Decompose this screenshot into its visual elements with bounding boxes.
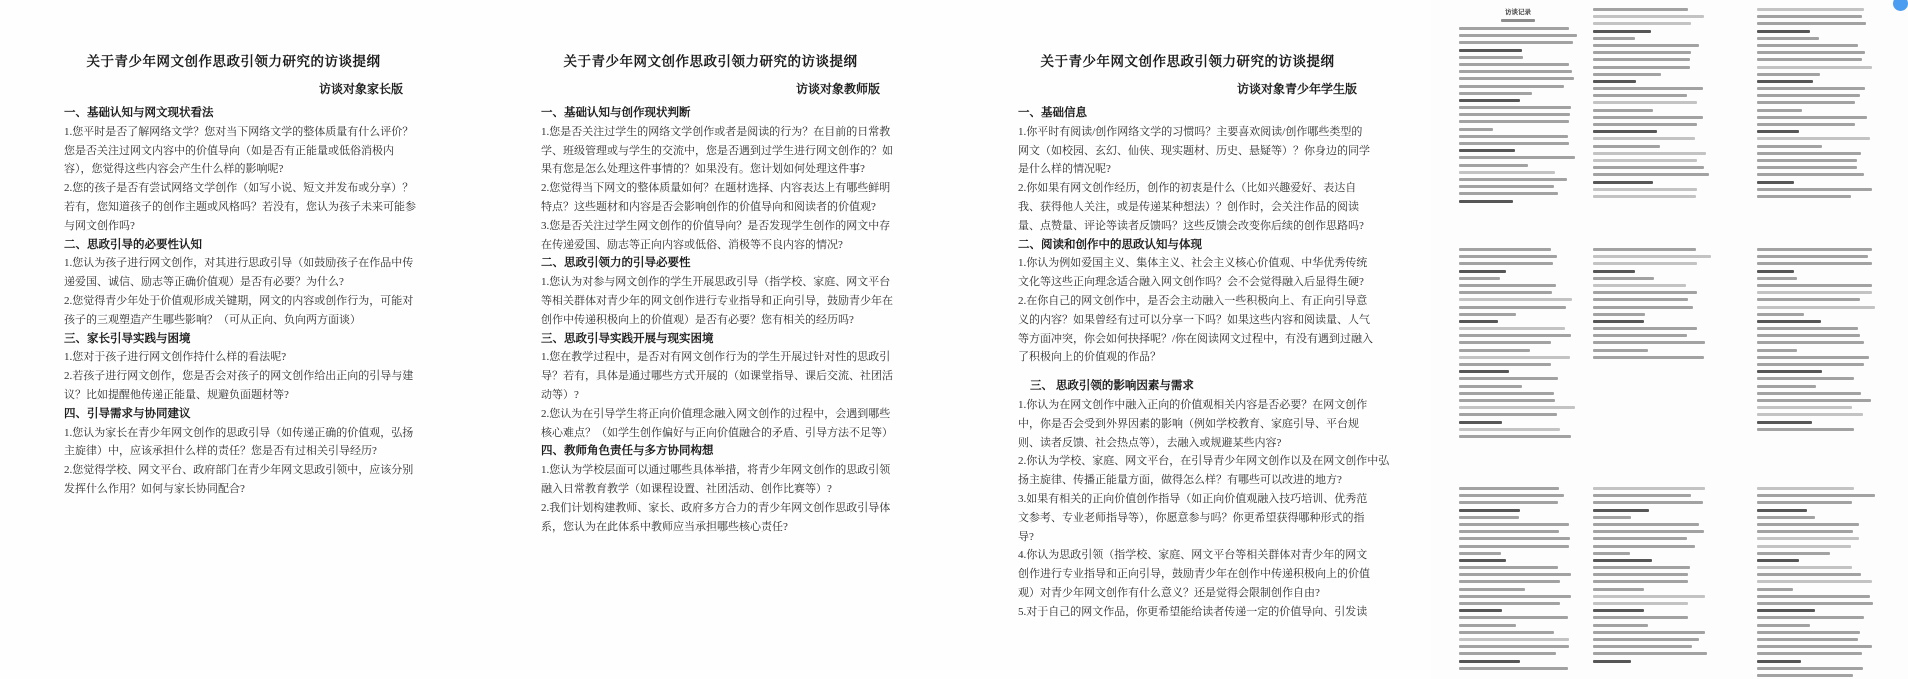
- section-heading: 四、教师角色责任与多方协同构想: [541, 442, 944, 461]
- mini-text-line: [1459, 413, 1557, 416]
- mini-text-line: [1459, 406, 1575, 409]
- mini-text-line: [1757, 109, 1802, 112]
- section-heading: 二、思政引领力的引导必要性: [541, 254, 944, 273]
- question-line: 3.您是否关注过学生网文创作的价值导向？是否发现学生创作的网文中存: [541, 217, 944, 236]
- mini-text-line: [1593, 306, 1693, 309]
- question-line: 1.您对于孩子进行网文创作持什么样的看法呢?: [64, 348, 467, 367]
- mini-text-line: [1757, 588, 1793, 591]
- mini-text-line: [1459, 609, 1502, 612]
- mini-text-line: [1459, 334, 1571, 337]
- mini-page-thumbnail[interactable]: [1593, 248, 1711, 363]
- mini-text-line: [1459, 530, 1559, 533]
- mini-text-line: [1593, 15, 1704, 18]
- mini-text-line: [1593, 341, 1705, 344]
- mini-text-line: [1757, 58, 1862, 61]
- outline-page-teacher[interactable]: 关于青少年网文创作思政引领力研究的访谈提纲 访谈对象教师版 一、基础认知与创作现…: [477, 0, 954, 679]
- question-line: 特点？这些题材和内容是否会影响创作的价值导向和阅读者的价值观?: [541, 198, 944, 217]
- mini-text-line: [1757, 537, 1859, 540]
- question-line: 导？若有，具体是通过哪些方式开展的（如课堂指导、课后交流、社团活: [541, 367, 944, 386]
- mini-text-line: [1593, 588, 1644, 591]
- question-line: 2.我们计划构建教师、家长、政府多方合力的青少年网文创作思政引导体: [541, 499, 944, 518]
- mini-text-line: [1459, 56, 1523, 59]
- question-line: 主旋律）中，应该承担什么样的责任？您是否有过相关引导经历?: [64, 442, 467, 461]
- mini-text-line: [1593, 152, 1706, 155]
- mini-text-line: [1459, 99, 1520, 102]
- mini-text-line: [1459, 27, 1569, 30]
- mini-text-line: [1459, 645, 1569, 648]
- question-line: 您是否关注过网文内容中的价值导向（如是否有正能量或低俗消极内: [64, 142, 467, 161]
- mini-text-line: [1757, 516, 1815, 519]
- question-line: 学、班级管理或与学生的交流中，您是否遇到过学生进行网文创作的？如: [541, 142, 944, 161]
- mini-text-line: [1593, 602, 1688, 605]
- mini-text-line: [1757, 51, 1865, 54]
- question-line: 中，你是否会受到外界因素的影响（例如学校教育、家庭引导、平台规: [1018, 415, 1421, 434]
- mini-text-line: [1757, 377, 1854, 380]
- question-line: 创作中传递积极向上的价值观）是否有必要？您有相关的经历吗?: [541, 311, 944, 330]
- mini-text-line: [1593, 262, 1697, 265]
- mini-page-thumbnail[interactable]: [1459, 248, 1577, 442]
- mini-text-line: [1593, 652, 1707, 655]
- question-line: 2.若孩子进行网文创作，您是否会对孩子的网文创作给出正向的引导与建: [64, 367, 467, 386]
- mini-text-line: [1459, 306, 1566, 309]
- mini-text-line: [1459, 149, 1515, 152]
- mini-text-line: [1757, 152, 1861, 155]
- mini-text-line: [1593, 284, 1686, 287]
- mini-text-line: [1459, 192, 1558, 195]
- mini-text-line: [1593, 487, 1705, 490]
- mini-text-line: [1593, 516, 1631, 519]
- question-line: 是什么样的情况呢?: [1018, 160, 1421, 179]
- question-line: 导?: [1018, 528, 1421, 547]
- mini-text-line: [1757, 392, 1861, 395]
- question-line: 扬主旋律、传播正能量方面，做得怎么样？有哪些可以改进的地方?: [1018, 471, 1421, 490]
- mini-text-line: [1459, 185, 1554, 188]
- page-title: 关于青少年网文创作思政引领力研究的访谈提纲: [541, 50, 880, 70]
- mini-text-line: [1459, 631, 1554, 634]
- mini-text-line: [1459, 392, 1554, 395]
- mini-text-line: [1593, 58, 1690, 61]
- mini-text-line: [1459, 595, 1571, 598]
- mini-text-line: [1757, 248, 1872, 251]
- mini-text-line: [1757, 284, 1872, 287]
- mini-text-line: [1459, 92, 1532, 95]
- mini-text-line: [1593, 580, 1688, 583]
- mini-text-line: [1459, 356, 1570, 359]
- mini-text-line: [1593, 545, 1695, 548]
- mini-text-line: [1593, 327, 1697, 330]
- mini-text-line: [1459, 49, 1522, 52]
- mini-text-line: [1593, 501, 1703, 504]
- mini-text-line: [1593, 566, 1690, 569]
- mini-text-line: [1757, 8, 1864, 11]
- mini-text-line: [1459, 638, 1569, 641]
- mini-text-line: [1459, 341, 1551, 344]
- mini-page-subtitle-line: [1501, 19, 1535, 22]
- mini-text-line: [1593, 334, 1687, 337]
- mini-text-line: [1757, 566, 1852, 569]
- mini-text-line: [1593, 645, 1692, 648]
- mini-text-line: [1757, 334, 1860, 337]
- section-heading: 三、思政引导实践开展与现实困境: [541, 330, 944, 349]
- mini-text-line: [1459, 164, 1528, 167]
- mini-text-line: [1757, 123, 1855, 126]
- mini-text-line: [1757, 195, 1851, 198]
- mini-text-line: [1757, 545, 1851, 548]
- question-line: 发挥什么作用？如何与家长协同配合?: [64, 480, 467, 499]
- mini-text-line: [1459, 106, 1571, 109]
- mini-text-line: [1593, 349, 1648, 352]
- mini-text-line: [1459, 616, 1568, 619]
- mini-text-line: [1459, 85, 1564, 88]
- mini-text-line: [1757, 413, 1863, 416]
- question-line: 动等）?: [541, 386, 944, 405]
- mini-text-line: [1593, 137, 1695, 140]
- question-line: 融入日常教育教学（如课程设置、社团活动、创作比赛等）?: [541, 480, 944, 499]
- mini-text-line: [1757, 559, 1799, 562]
- question-line: 网文（如校园、玄幻、仙侠、现实题材、历史、悬疑等）？你身边的同学: [1018, 142, 1421, 161]
- question-line: 若有，您知道孩子的创作主题或风格吗？若没有，您认为孩子未来可能参: [64, 198, 467, 217]
- mini-text-line: [1459, 63, 1569, 66]
- mini-text-line: [1593, 181, 1653, 184]
- mini-text-line: [1593, 559, 1652, 562]
- mini-text-line: [1757, 159, 1857, 162]
- question-line: 容），您觉得这些内容会产生什么样的影响呢?: [64, 160, 467, 179]
- section-heading: 一、基础认知与创作现状判断: [541, 104, 944, 123]
- mini-text-line: [1757, 487, 1854, 490]
- mini-text-line: [1757, 645, 1872, 648]
- mini-text-line: [1757, 602, 1873, 605]
- question-line: 2.您的孩子是否有尝试网络文学创作（如写小说、短文并发布或分享）？: [64, 179, 467, 198]
- question-line: 2.在你自己的网文创作中，是否会主动融入一些积极向上、有正向引导意: [1018, 292, 1421, 311]
- mini-text-line: [1459, 428, 1560, 431]
- mini-text-line: [1757, 137, 1870, 140]
- mini-text-line: [1459, 77, 1574, 80]
- mini-text-line: [1757, 631, 1860, 634]
- section-heading: 三、 思政引领的影响因素与需求: [1030, 377, 1421, 396]
- mini-text-line: [1757, 341, 1864, 344]
- mini-text-line: [1757, 349, 1797, 352]
- question-line: 1.你平时有阅读/创作网络文学的习惯吗？主要喜欢阅读/创作哪些类型的: [1018, 123, 1421, 142]
- mini-text-line: [1757, 298, 1860, 301]
- mini-text-line: [1593, 255, 1711, 258]
- mini-text-line: [1459, 385, 1522, 388]
- mini-page-title: 访谈记录: [1459, 8, 1577, 17]
- mini-text-line: [1593, 609, 1644, 612]
- mini-text-line: [1593, 313, 1645, 316]
- question-line: 义的内容？如果曾经有过可以分享一下吗？如果这些内容和阅读量、人气: [1018, 311, 1421, 330]
- mini-text-line: [1757, 494, 1875, 497]
- mini-text-line: [1459, 516, 1519, 519]
- mini-text-line: [1757, 609, 1815, 612]
- mini-text-line: [1459, 580, 1560, 583]
- mini-text-line: [1593, 116, 1703, 119]
- mini-text-line: [1593, 22, 1691, 25]
- mini-page-thumbnail[interactable]: [1593, 487, 1711, 667]
- document-viewer: 关于青少年网文创作思政引领力研究的访谈提纲 访谈对象家长版 一、基础认知与网文现…: [0, 0, 1908, 679]
- mini-text-line: [1757, 116, 1867, 119]
- mini-text-line: [1593, 101, 1697, 104]
- section-heading: 三、家长引导实践与困境: [64, 330, 467, 349]
- mini-text-line: [1757, 573, 1861, 576]
- mini-text-line: [1757, 44, 1858, 47]
- mini-text-line: [1593, 270, 1635, 273]
- question-line: 与网文创作吗?: [64, 217, 467, 236]
- mini-text-line: [1459, 291, 1552, 294]
- mini-text-line: [1459, 327, 1565, 330]
- question-line: 1.您认为对参与网文创作的学生开展思政引导（指学校、家庭、网文平台: [541, 273, 944, 292]
- page-body: 一、基础信息1.你平时有阅读/创作网络文学的习惯吗？主要喜欢阅读/创作哪些类型的…: [1018, 104, 1421, 622]
- mini-text-line: [1459, 421, 1502, 424]
- mini-text-line: [1593, 616, 1688, 619]
- question-line: 2.您觉得学校、网文平台、政府部门在青少年网文思政引领中，应该分别: [64, 461, 467, 480]
- mini-page-thumbnail[interactable]: [1757, 8, 1875, 202]
- mini-text-line: [1593, 195, 1696, 198]
- question-line: 在传递爱国、励志等正向内容或低俗、消极等不良内容的情况?: [541, 236, 944, 255]
- section-heading: 四、引导需求与协同建议: [64, 405, 467, 424]
- mini-text-line: [1757, 313, 1804, 316]
- page-subtitle: 访谈对象教师版: [541, 80, 880, 97]
- mini-text-line: [1459, 171, 1555, 174]
- mini-text-line: [1593, 523, 1699, 526]
- mini-text-line: [1757, 306, 1875, 309]
- question-line: 2.您觉得当下网文的整体质量如何？在题材选择、内容表达上有哪些鲜明: [541, 179, 944, 198]
- mini-text-line: [1757, 66, 1872, 69]
- mini-text-line: [1459, 370, 1509, 373]
- mini-text-line: [1459, 41, 1573, 44]
- mini-text-line: [1593, 166, 1704, 169]
- question-line: 等方面冲突，你会如何抉择呢？/你在阅读网文过程中，有没有遇到过融入: [1018, 330, 1421, 349]
- mini-text-line: [1459, 320, 1498, 323]
- mini-text-line: [1459, 120, 1569, 123]
- mini-text-line: [1593, 356, 1704, 359]
- page-subtitle: 访谈对象青少年学生版: [1018, 80, 1357, 97]
- mini-text-line: [1459, 128, 1493, 131]
- mini-text-line: [1593, 494, 1691, 497]
- mini-text-line: [1757, 270, 1794, 273]
- mini-text-line: [1757, 406, 1852, 409]
- mini-text-line: [1757, 277, 1797, 280]
- outline-page-student[interactable]: 关于青少年网文创作思政引领力研究的访谈提纲 访谈对象青少年学生版 一、基础信息1…: [954, 0, 1431, 679]
- mini-text-line: [1757, 624, 1810, 627]
- question-line: 递爱国、诚信、励志等正确价值观）是否有必要？为什么?: [64, 273, 467, 292]
- mini-text-line: [1459, 298, 1572, 301]
- mini-text-line: [1459, 377, 1558, 380]
- mini-text-line: [1459, 113, 1570, 116]
- mini-text-line: [1757, 37, 1819, 40]
- mini-text-line: [1593, 66, 1690, 69]
- mini-text-line: [1757, 552, 1830, 555]
- mini-text-line: [1459, 487, 1559, 490]
- mini-page-thumbnail[interactable]: [1757, 487, 1875, 679]
- mini-text-line: [1459, 501, 1558, 504]
- mini-text-line: [1757, 130, 1799, 133]
- mini-text-line: [1757, 501, 1852, 504]
- mini-text-line: [1757, 667, 1863, 670]
- mini-text-line: [1459, 435, 1571, 438]
- question-line: 果有您是怎么处理这件事情的？如果没有。您计划如何处理这件事?: [541, 160, 944, 179]
- mini-text-line: [1459, 399, 1555, 402]
- mini-text-line: [1459, 34, 1577, 37]
- question-line: 1.您平时是否了解网络文学？您对当下网络文学的整体质量有什么评价？: [64, 123, 467, 142]
- mini-text-line: [1757, 580, 1872, 583]
- question-line: 孩子的三观塑造产生哪些影响？（可从正向、负向两方面谈）: [64, 311, 467, 330]
- page-title: 关于青少年网文创作思政引领力研究的访谈提纲: [1018, 50, 1357, 70]
- mini-text-line: [1593, 173, 1709, 176]
- mini-text-line: [1757, 73, 1820, 76]
- question-line: 议？比如提醒他传递正能量、规避负面题材等?: [64, 386, 467, 405]
- mini-text-line: [1593, 87, 1703, 90]
- page-body: 一、基础认知与创作现状判断1.您是否关注过学生的网络文学创作或者是阅读的行为？在…: [541, 104, 944, 536]
- mini-text-line: [1593, 660, 1631, 663]
- mini-text-line: [1593, 638, 1699, 641]
- mini-text-line: [1757, 291, 1872, 294]
- mini-text-line: [1757, 166, 1857, 169]
- mini-text-line: [1459, 667, 1568, 670]
- mini-text-line: [1757, 80, 1813, 83]
- mini-text-line: [1757, 660, 1801, 663]
- mini-text-line: [1593, 320, 1644, 323]
- mini-text-line: [1593, 277, 1654, 280]
- mini-text-line: [1459, 349, 1530, 352]
- question-line: 2.您认为在引导学生将正向价值理念融入网文创作的过程中，会遇到哪些: [541, 405, 944, 424]
- mini-text-line: [1459, 277, 1500, 280]
- mini-text-line: [1757, 363, 1864, 366]
- mini-text-line: [1757, 370, 1822, 373]
- mini-text-line: [1757, 22, 1866, 25]
- question-line: 1.您在教学过程中，是否对有网文创作行为的学生开展过针对性的思政引: [541, 348, 944, 367]
- question-line: 系，您认为在此体系中教师应当承担哪些核心责任?: [541, 518, 944, 537]
- mini-text-line: [1459, 313, 1516, 316]
- question-line: 创作进行专业指导和正向引导，鼓励青少年在创作中传递积极向上的价值: [1018, 565, 1421, 584]
- mini-text-line: [1593, 109, 1653, 112]
- mini-text-line: [1459, 566, 1558, 569]
- mini-text-line: [1459, 135, 1568, 138]
- mini-text-line: [1593, 123, 1697, 126]
- question-line: 2.你认为学校、家庭、网文平台，在引导青少年网文创作以及在网文创作中弘: [1018, 452, 1421, 471]
- mini-text-line: [1757, 188, 1872, 191]
- mini-text-line: [1593, 631, 1705, 634]
- mini-text-line: [1757, 145, 1822, 148]
- mini-text-line: [1459, 284, 1556, 287]
- page-subtitle: 访谈对象家长版: [64, 80, 403, 97]
- mini-text-line: [1459, 255, 1557, 258]
- mini-text-line: [1459, 248, 1551, 251]
- mini-text-line: [1757, 15, 1862, 18]
- mini-page-thumbnail[interactable]: [1593, 8, 1711, 202]
- question-line: 1.您是否关注过学生的网络文学创作或者是阅读的行为？在目前的日常教: [541, 123, 944, 142]
- mini-text-line: [1593, 291, 1697, 294]
- mini-text-line: [1459, 262, 1553, 265]
- mini-text-line: [1593, 130, 1657, 133]
- mini-text-line: [1757, 356, 1869, 359]
- mini-text-line: [1593, 51, 1691, 54]
- mini-text-line: [1593, 145, 1660, 148]
- mini-text-line: [1757, 173, 1864, 176]
- mini-text-line: [1593, 624, 1648, 627]
- mini-text-line: [1757, 595, 1870, 598]
- outline-page-parent[interactable]: 关于青少年网文创作思政引领力研究的访谈提纲 访谈对象家长版 一、基础认知与网文现…: [0, 0, 477, 679]
- section-heading: 一、基础信息: [1018, 104, 1421, 123]
- mini-text-line: [1757, 399, 1871, 402]
- section-heading: 一、基础认知与网文现状看法: [64, 104, 467, 123]
- question-line: 量、点赞量、评论等读者反馈吗？这些反馈会改变你后续的创作思路吗?: [1018, 217, 1421, 236]
- mini-text-line: [1593, 30, 1651, 33]
- question-line: 观）对青少年网文创作有什么意义？还是觉得会限制创作自由?: [1018, 584, 1421, 603]
- mini-page-thumbnail[interactable]: [1757, 248, 1875, 435]
- question-line: 核心难点？（如学生创作偏好与正向价值融合的矛盾、引导方法不足等）: [541, 424, 944, 443]
- mini-text-line: [1757, 262, 1872, 265]
- question-line: 1.您认为家长在青少年网文创作的思政引导（如传递正确的价值观，弘扬: [64, 424, 467, 443]
- mini-page-thumbnail[interactable]: 访谈记录: [1459, 8, 1577, 207]
- section-heading: 二、思政引导的必要性认知: [64, 236, 467, 255]
- question-line: 1.您认为学校层面可以通过哪些具体举措，将青少年网文创作的思政引领: [541, 461, 944, 480]
- mini-text-line: [1459, 156, 1575, 159]
- question-line: 我、获得他人关注，或是传递某种想法）？创作时，会关注作品的阅读: [1018, 198, 1421, 217]
- document-overview-panel: 访谈记录: [1431, 0, 1908, 679]
- mini-page-thumbnail[interactable]: [1459, 487, 1577, 674]
- question-line: 4.你认为思政引领（指学校、家庭、网文平台等相关群体对青少年的网文: [1018, 546, 1421, 565]
- mini-text-line: [1593, 94, 1687, 97]
- question-line: 了积极向上的价值观的作品？: [1018, 348, 1421, 367]
- question-line: 1.你认为在网文创作中融入正向的价值观相关内容是否必要？在网文创作: [1018, 396, 1421, 415]
- mini-text-line: [1459, 537, 1570, 540]
- mini-text-line: [1593, 73, 1661, 76]
- question-line: 文化等这些正向理念适合融入网文创作吗？会不会觉得融入后显得生硬?: [1018, 273, 1421, 292]
- mini-text-line: [1459, 363, 1551, 366]
- page-body: 一、基础认知与网文现状看法1.您平时是否了解网络文学？您对当下网络文学的整体质量…: [64, 104, 467, 499]
- mini-text-line: [1593, 44, 1699, 47]
- mini-text-line: [1459, 270, 1506, 273]
- mini-text-line: [1459, 559, 1506, 562]
- mini-text-line: [1757, 181, 1794, 184]
- page-title: 关于青少年网文创作思政引领力研究的访谈提纲: [64, 50, 403, 70]
- mini-text-line: [1757, 94, 1860, 97]
- mini-text-line: [1459, 552, 1501, 555]
- mini-text-line: [1757, 616, 1864, 619]
- mini-text-line: [1459, 588, 1525, 591]
- mini-text-line: [1757, 674, 1853, 677]
- mini-text-line: [1459, 602, 1560, 605]
- mini-text-line: [1459, 573, 1571, 576]
- mini-text-line: [1757, 101, 1855, 104]
- question-line: 2.你如果有网文创作经历，创作的初衷是什么（比如兴趣爱好、表达自: [1018, 179, 1421, 198]
- question-line: 2.您觉得青少年处于价值观形成关键期，网文的内容或创作行为，可能对: [64, 292, 467, 311]
- mini-text-line: [1459, 494, 1564, 497]
- mini-text-line: [1757, 428, 1854, 431]
- mini-text-line: [1593, 595, 1705, 598]
- mini-text-line: [1459, 660, 1520, 663]
- mini-text-line: [1593, 80, 1636, 83]
- mini-text-line: [1757, 530, 1853, 533]
- mini-text-line: [1757, 30, 1810, 33]
- mini-text-line: [1459, 545, 1569, 548]
- mini-text-line: [1593, 552, 1630, 555]
- mini-text-line: [1757, 509, 1807, 512]
- mini-text-line: [1593, 298, 1688, 301]
- mini-text-line: [1593, 159, 1697, 162]
- mini-text-line: [1593, 573, 1688, 576]
- mini-text-line: [1757, 421, 1812, 424]
- mini-text-line: [1757, 385, 1816, 388]
- mini-text-line: [1459, 70, 1572, 73]
- mini-text-line: [1459, 523, 1569, 526]
- mini-text-line: [1757, 320, 1821, 323]
- mini-text-line: [1593, 188, 1697, 191]
- question-line: 3.如果有相关的正向价值创作指导（如正向价值观融入技巧培训、优秀范: [1018, 490, 1421, 509]
- mini-text-line: [1593, 37, 1635, 40]
- section-heading: 二、阅读和创作中的思政认知与体现: [1018, 236, 1421, 255]
- mini-text-line: [1459, 200, 1513, 203]
